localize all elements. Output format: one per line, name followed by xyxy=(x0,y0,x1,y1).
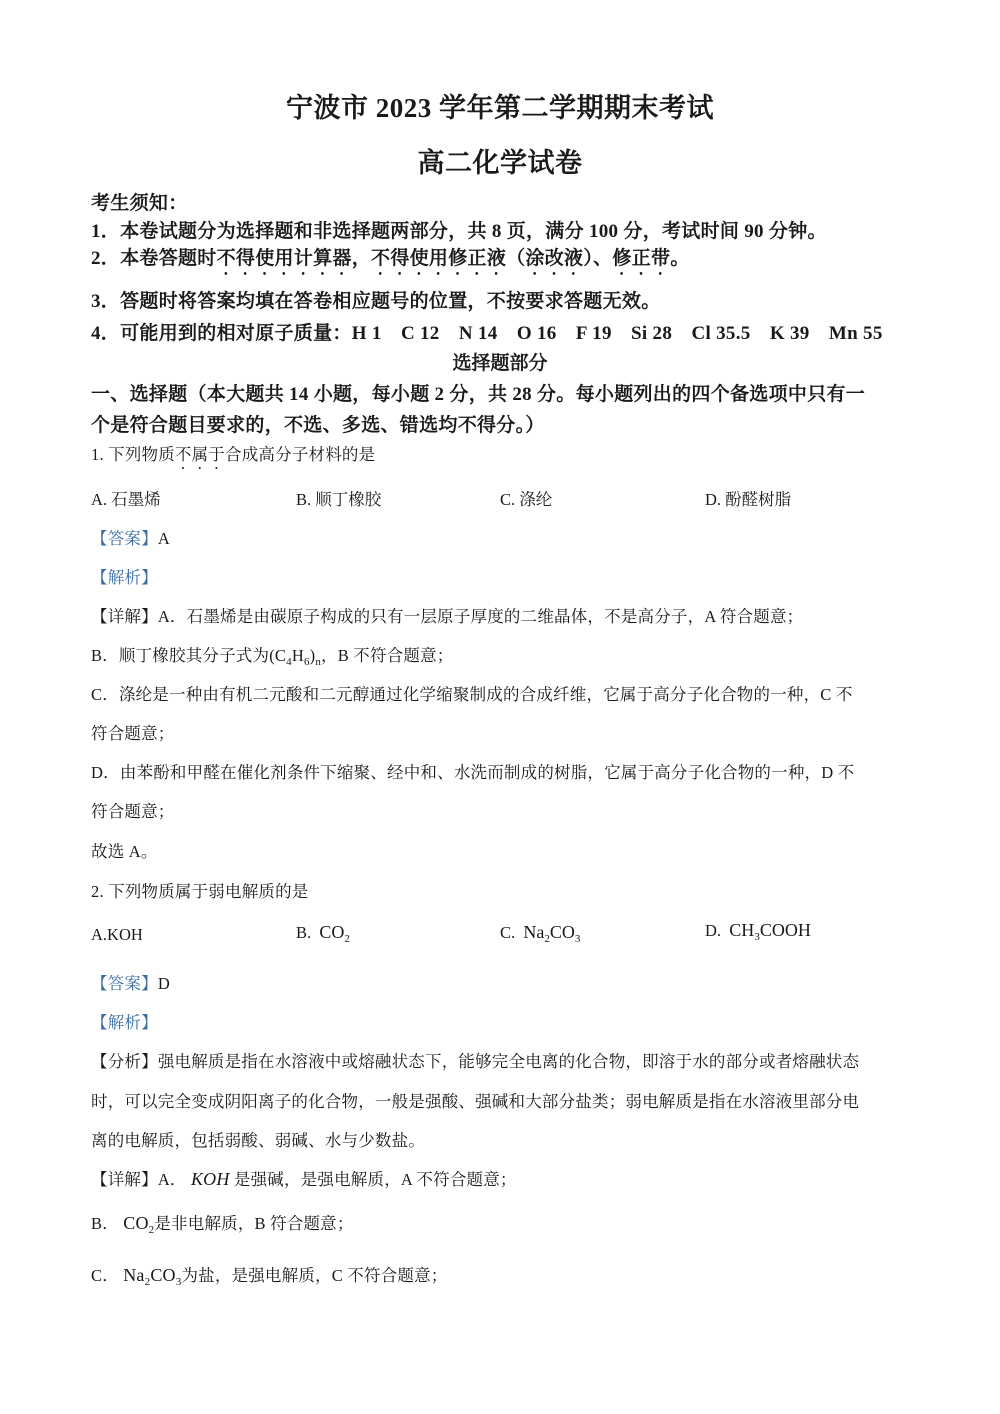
detail-text: C． xyxy=(91,1266,119,1285)
notice-num: 1． xyxy=(91,221,120,242)
answer-tag: 【答案】 xyxy=(91,529,158,548)
detail-text: H xyxy=(292,646,304,665)
q1-option-a: A. 石墨烯 xyxy=(91,486,161,510)
detail-text: A． xyxy=(158,1170,187,1189)
notice-text: 。 xyxy=(670,248,689,269)
stem-text: 合成高分子材料的是 xyxy=(225,445,375,464)
option-formula: Na2CO3 xyxy=(523,922,580,942)
q1-detail-b: B．顺丁橡胶其分子式为(C4H6)n，B 不符合题意； xyxy=(91,642,453,666)
emphasized-text: 不得使用计算器，不得使用修正液（涂改液）、修正带 xyxy=(217,248,671,269)
q1-detail-d: D．由苯酚和甲醛在催化剂条件下缩聚、经中和、水洗而制成的树脂，它属于高分子化合物… xyxy=(91,759,854,783)
detail-text: 是非电解质，B 符合题意； xyxy=(154,1214,353,1233)
q1-analysis-tag: 【解析】 xyxy=(91,564,158,588)
section-instructions-cont: 个是符合题目要求的，不选、多选、错选均不得分。） xyxy=(91,410,545,437)
emphasized-text: 不属于 xyxy=(175,445,225,464)
detail-text: 为盐，是强电解质，C 不符合题意； xyxy=(181,1266,447,1285)
q2-option-c: C. Na2CO3 xyxy=(500,922,580,943)
option-label: C. xyxy=(500,923,515,942)
option-label: B. xyxy=(296,923,311,942)
detail-text: B． xyxy=(91,1214,119,1233)
notice-text: 本卷试题分为选择题和非选择题两部分，共 8 页，满分 100 分，考试时间 90… xyxy=(120,221,827,242)
notice-item-4: 4．可能用到的相对原子质量：H 1 C 12 N 14 O 16 F 19 Si… xyxy=(91,318,883,345)
exam-title: 宁波市 2023 学年第二学期期末考试 xyxy=(0,86,1000,125)
answer-value: A xyxy=(158,529,170,548)
answer-tag: 【答案】 xyxy=(91,974,158,993)
detail-tag: 【详解】 xyxy=(91,607,158,626)
q2-detail-c: C． Na2CO3为盐，是强电解质，C 不符合题意； xyxy=(91,1262,447,1286)
notice-text: 本卷答题时 xyxy=(120,248,217,269)
q1-option-b: B. 顺丁橡胶 xyxy=(296,486,381,510)
notice-item-1: 1．本卷试题分为选择题和非选择题两部分，共 8 页，满分 100 分，考试时间 … xyxy=(91,216,827,243)
q1-detail-d-cont: 符合题意； xyxy=(91,798,175,822)
option-formula: CH3COOH xyxy=(729,920,811,940)
q2-option-b: B. CO2 xyxy=(296,922,350,943)
exam-subtitle: 高二化学试卷 xyxy=(0,141,1000,180)
fenxi-tag: 【分析】 xyxy=(91,1052,158,1071)
q2-fenxi-3: 离的电解质，包括弱酸、弱碱、水与少数盐。 xyxy=(91,1127,425,1151)
notice-num: 4． xyxy=(91,323,120,344)
detail-text: 是强碱，是强电解质，A 不符合题意； xyxy=(230,1170,517,1189)
q2-detail-b: B． CO2是非电解质，B 符合题意； xyxy=(91,1210,354,1234)
q1-detail-a: 【详解】A．石墨烯是由碳原子构成的只有一层原子厚度的二维晶体，不是高分子，A 符… xyxy=(91,603,803,627)
q2-fenxi-1: 【分析】强电解质是指在水溶液中或熔融状态下，能够完全电离的化合物，即溶于水的部分… xyxy=(91,1048,859,1072)
detail-text: B．顺丁橡胶其分子式为(C xyxy=(91,646,286,665)
q2-fenxi-2: 时，可以完全变成阴阳离子的化合物，一般是强酸、强碱和大部分盐类；弱电解质是指在水… xyxy=(91,1088,859,1112)
q1-detail-c: C．涤纶是一种由有机二元酸和二元醇通过化学缩聚制成的合成纤维，它属于高分子化合物… xyxy=(91,681,853,705)
formula: Na2CO3 xyxy=(123,1265,181,1285)
q2-option-d: D. CH3COOH xyxy=(705,920,811,941)
q2-detail-a: 【详解】A． KOH 是强碱，是强电解质，A 不符合题意； xyxy=(91,1166,517,1190)
question-1-stem: 1. 下列物质不属于合成高分子材料的是 xyxy=(91,441,375,473)
q1-conclusion: 故选 A。 xyxy=(91,838,158,862)
option-label: A. xyxy=(91,925,107,944)
option-formula: CO2 xyxy=(319,922,350,942)
notice-heading: 考生须知： xyxy=(91,188,188,215)
question-2-stem: 2. 下列物质属于弱电解质的是 xyxy=(91,878,309,902)
q2-answer: 【答案】D xyxy=(91,970,170,994)
stem-text: 1. 下列物质 xyxy=(91,445,175,464)
notice-text: 可能用到的相对原子质量：H 1 C 12 N 14 O 16 F 19 Si 2… xyxy=(120,323,883,344)
option-label: D. xyxy=(705,921,721,940)
section-title: 选择题部分 xyxy=(0,348,1000,375)
q1-answer: 【答案】A xyxy=(91,525,170,549)
q1-detail-c-cont: 符合题意； xyxy=(91,720,175,744)
q2-analysis-tag: 【解析】 xyxy=(91,1009,158,1033)
notice-text: 答题时将答案均填在答卷相应题号的位置，不按要求答题无效。 xyxy=(120,291,660,312)
q2-option-a: A.KOH xyxy=(91,925,143,945)
notice-item-3: 3．答题时将答案均填在答卷相应题号的位置，不按要求答题无效。 xyxy=(91,286,661,313)
notice-num: 3． xyxy=(91,291,120,312)
detail-text: ，B 不符合题意； xyxy=(321,646,453,665)
fenxi-text: 强电解质是指在水溶液中或熔融状态下，能够完全电离的化合物，即溶于水的部分或者熔融… xyxy=(158,1052,859,1071)
detail-tag: 【详解】 xyxy=(91,1170,158,1189)
detail-text: A．石墨烯是由碳原子构成的只有一层原子厚度的二维晶体，不是高分子，A 符合题意； xyxy=(158,607,804,626)
notice-num: 2． xyxy=(91,248,120,269)
formula: KOH xyxy=(191,1169,230,1189)
q1-option-c: C. 涤纶 xyxy=(500,486,552,510)
formula: CO2 xyxy=(123,1213,154,1233)
option-formula: KOH xyxy=(107,925,143,944)
answer-value: D xyxy=(158,974,170,993)
q1-option-d: D. 酚醛树脂 xyxy=(705,486,791,510)
notice-item-2: 2．本卷答题时不得使用计算器，不得使用修正液（涂改液）、修正带。 xyxy=(91,243,690,280)
section-instructions: 一、选择题（本大题共 14 小题，每小题 2 分，共 28 分。每小题列出的四个… xyxy=(91,379,865,406)
